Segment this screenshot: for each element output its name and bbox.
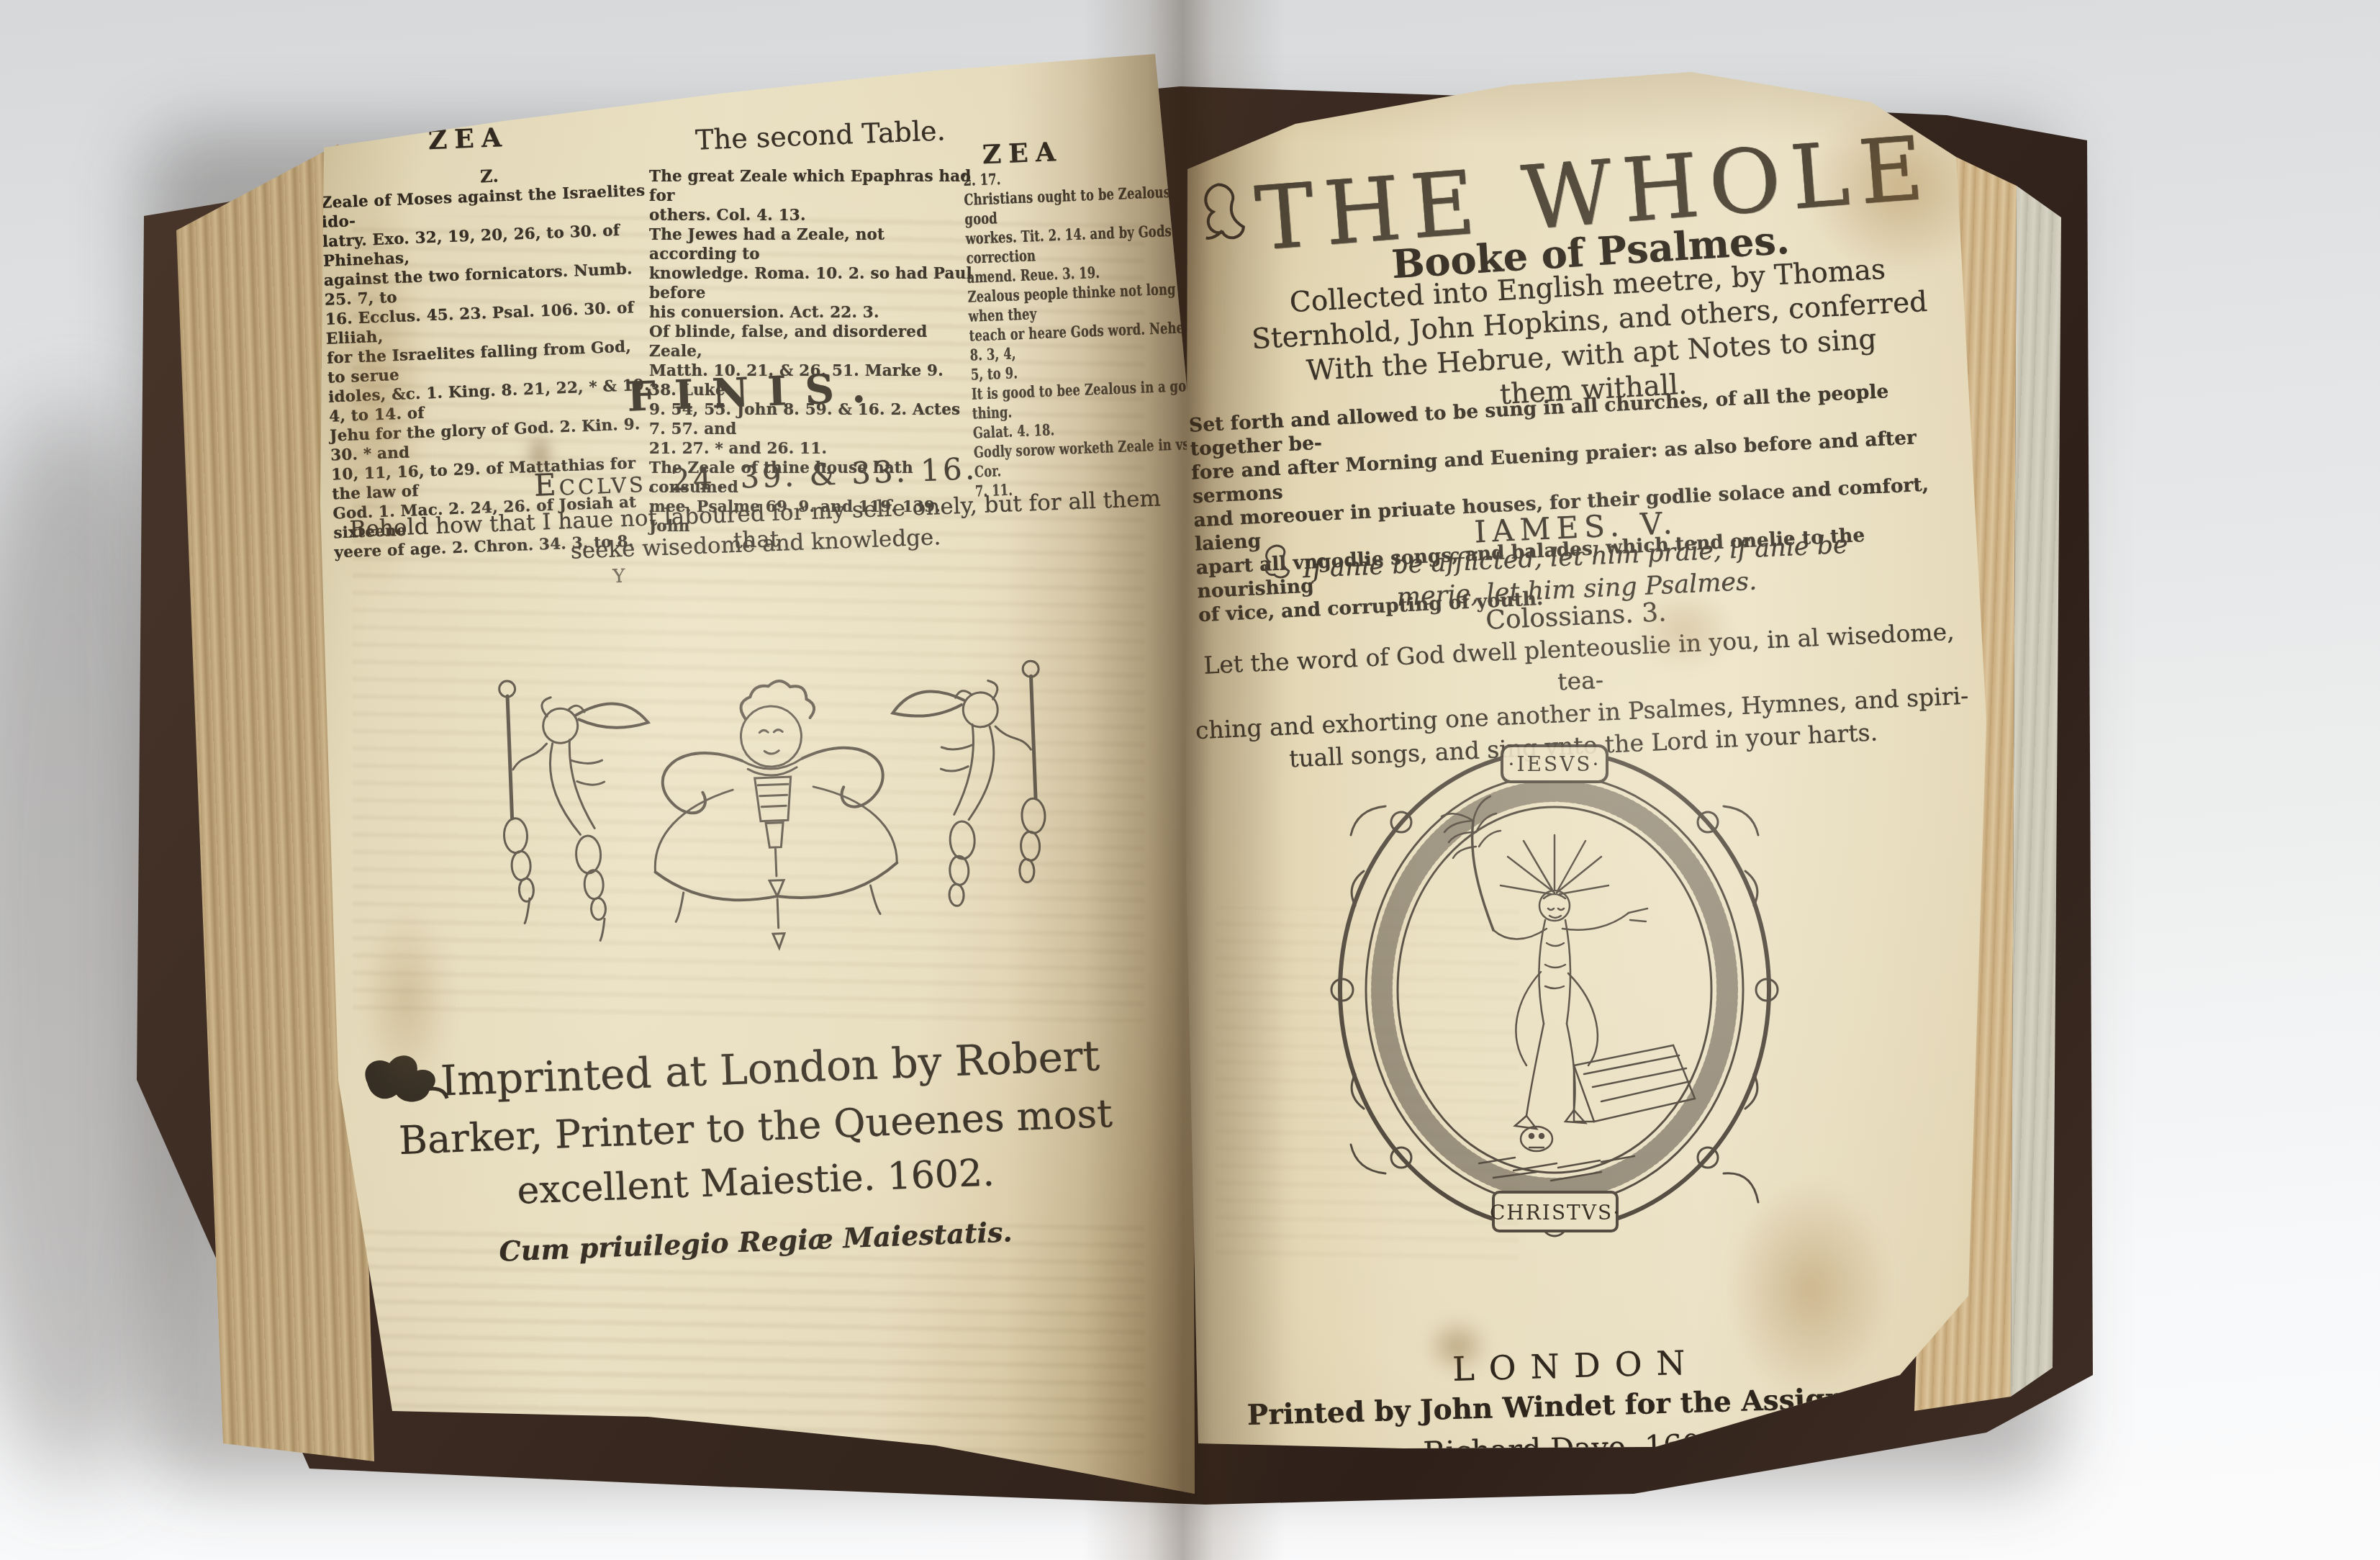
- photograph-of-open-antique-book: ZEA The second Table. ZEA Z. Zeale of Mo…: [0, 0, 2380, 1560]
- risen-christ-oval-woodcut: ·IESVS· CHRISTVS·: [1321, 727, 1788, 1253]
- running-head-right: ZEA: [982, 137, 1063, 170]
- left-page: ZEA The second Table. ZEA Z. Zeale of Mo…: [309, 43, 1202, 1505]
- running-head-left: ZEA: [427, 122, 509, 155]
- index-column-1: Zeale of Moses against the Israelites id…: [320, 181, 659, 563]
- privilege-line: Cum priuilegio Regiæ Maiestatis.: [338, 1209, 1174, 1273]
- woodcut-label-christvs: CHRISTVS·: [1490, 1201, 1621, 1225]
- signature-mark: Y: [597, 565, 641, 588]
- right-page-title-page: THE WHOLE Booke of Psalmes. Collected in…: [1173, 58, 2080, 1490]
- woodcut-label-iesvs: ·IESVS·: [1508, 752, 1601, 776]
- book-title: THE WHOLE: [1231, 115, 1949, 171]
- headpiece-woodcut: [458, 640, 1088, 966]
